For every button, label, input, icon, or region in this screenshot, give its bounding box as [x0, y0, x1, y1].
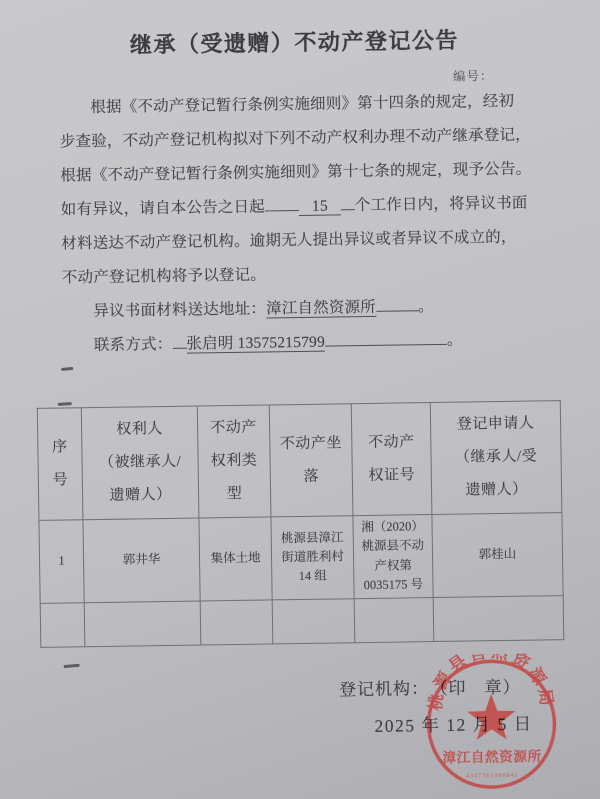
registration-table: 序 号 权利人 （被继承人/ 遗赠人） 不动产 权利类 型 不动产坐 落 不动产… [37, 400, 564, 647]
seal-star-icon [467, 693, 516, 740]
header-cell-applicant: 登记申请人 （继承人/受 遗赠人） [430, 401, 562, 515]
cell-applicant: 郭桂山 [432, 513, 563, 597]
table-row-empty [40, 595, 564, 647]
margin-dash-mark [58, 402, 72, 406]
doc-title: 继承（受遗赠）不动产登记公告 [0, 22, 595, 62]
cell-empty [354, 597, 434, 642]
contact-label: 联系方式： [94, 336, 173, 354]
cell-location: 桃源县漳江 街道胜利村 14 组 [271, 516, 354, 600]
contact-value: 张启明 13575215799 [186, 334, 325, 354]
announcement-body: 根据《不动产登记暂行条例实施细则》第十四条的规定，经初 步查验，不动产登记机构拟… [59, 85, 531, 364]
blank-underline [341, 195, 355, 210]
address-label: 异议书面材料送达地址： [93, 300, 266, 320]
number-label: 编号： [453, 66, 494, 85]
working-days-value: 15 [299, 197, 341, 216]
para-line-4-post: 个工作日内，将异议书面 [355, 195, 528, 215]
seal-name-text: 漳江自然资源所 [442, 748, 542, 765]
cell-right-type: 集体土地 [199, 517, 272, 601]
cell-empty [40, 602, 85, 647]
blank-underline [265, 196, 299, 212]
seal-code-text: 4307361400845 [466, 773, 519, 780]
blank-underline [376, 296, 418, 312]
header-cell-rightholder: 权利人 （被继承人/ 遗赠人） [81, 406, 199, 520]
margin-dash-mark [64, 664, 80, 668]
contact-line: 联系方式：张启明 13575215799。 [63, 323, 531, 364]
table-row: 1 郭井华 集体土地 桃源县漳江 街道胜利村 14 组 湘（2020） 桃源县不… [39, 513, 563, 603]
blank-underline [172, 334, 186, 349]
cell-empty [84, 601, 201, 647]
cell-empty [200, 599, 273, 644]
cell-empty [272, 598, 355, 643]
header-cell-right-type: 不动产 权利类 型 [197, 405, 271, 518]
cell-cert-number: 湘（2020） 桃源县不动 产权第 0035175 号 [353, 515, 433, 599]
para-line-4-pre: 如有异议，请自本公告之日起 [61, 198, 265, 218]
header-cell-serial: 序 号 [37, 408, 83, 521]
official-seal-stamp: 桃源县自然资源局 漳江自然资源所 4307361400845 [421, 653, 563, 795]
table-header-row: 序 号 权利人 （被继承人/ 遗赠人） 不动产 权利类 型 不动产坐 落 不动产… [37, 401, 562, 521]
cell-empty [433, 595, 564, 641]
para-line-5: 材料送达不动产登记机构。逾期无人提出异议或者异议不成立的， [61, 221, 529, 262]
contact-period: 。 [447, 332, 463, 349]
cell-serial: 1 [39, 520, 84, 603]
address-period: 。 [418, 298, 434, 315]
address-value: 漳江自然资源所 [266, 299, 376, 319]
header-cell-location: 不动产坐 落 [269, 404, 353, 517]
document-photo: 继承（受遗赠）不动产登记公告 编号： 根据《不动产登记暂行条例实施细则》第十四条… [0, 0, 600, 799]
registrar-label: 登记机构： [339, 679, 429, 699]
cell-rightholder: 郭井华 [83, 518, 200, 602]
margin-dash-mark [61, 367, 73, 371]
document-sheet: 继承（受遗赠）不动产登记公告 编号： 根据《不动产登记暂行条例实施细则》第十四条… [0, 0, 600, 799]
header-cell-cert-number: 不动产 权证号 [351, 403, 432, 516]
blank-underline [325, 330, 447, 347]
